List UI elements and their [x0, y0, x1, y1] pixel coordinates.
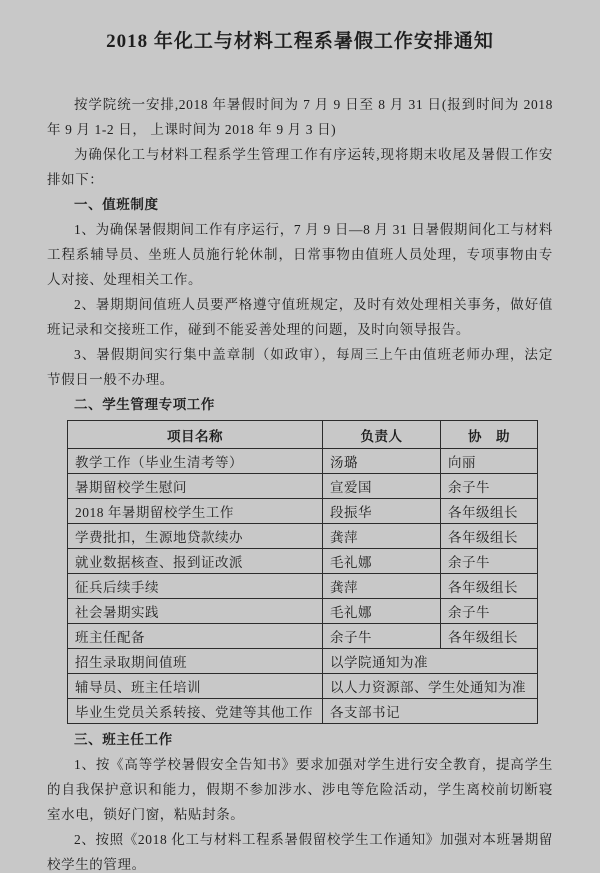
- cell-project: 暑期留校学生慰问: [68, 474, 323, 499]
- cell-project: 征兵后续手续: [68, 574, 323, 599]
- cell-assist: 各年级组长: [441, 624, 538, 649]
- table-row: 社会暑期实践 毛礼娜 余子牛: [68, 599, 538, 624]
- table-row: 教学工作（毕业生清考等） 汤璐 向丽: [68, 449, 538, 474]
- cell-project: 教学工作（毕业生清考等）: [68, 449, 323, 474]
- column-header-lead: 负责人: [323, 421, 441, 449]
- cell-lead: 宣爱国: [323, 474, 441, 499]
- table-row: 征兵后续手续 龚萍 各年级组长: [68, 574, 538, 599]
- table-row: 就业数据核查、报到证改派 毛礼娜 余子牛: [68, 549, 538, 574]
- page-title: 2018 年化工与材料工程系暑假工作安排通知: [47, 28, 553, 56]
- cell-project: 2018 年暑期留校学生工作: [68, 499, 323, 524]
- cell-assist: 余子牛: [441, 549, 538, 574]
- section3-paragraph-2: 2、按照《2018 化工与材料工程系暑假留校学生工作通知》加强对本班暑期留校学生…: [47, 827, 553, 873]
- table-row-merged: 辅导员、班主任培训 以人力资源部、学生处通知为准: [68, 674, 538, 699]
- table-row-merged: 毕业生党员关系转接、党建等其他工作 各支部书记: [68, 699, 538, 724]
- cell-note: 各支部书记: [323, 699, 538, 724]
- section3-paragraph-1: 1、按《高等学校暑假安全告知书》要求加强对学生进行安全教育，提高学生的自我保护意…: [47, 752, 553, 827]
- cell-assist: 各年级组长: [441, 524, 538, 549]
- intro-paragraph-2: 为确保化工与材料工程系学生管理工作有序运转,现将期末收尾及暑假工作安排如下：: [47, 142, 553, 192]
- table-row: 学费批扣，生源地贷款续办 龚萍 各年级组长: [68, 524, 538, 549]
- cell-assist: 各年级组长: [441, 499, 538, 524]
- section3-heading: 三、班主任工作: [47, 727, 553, 752]
- table-row: 班主任配备 余子牛 各年级组长: [68, 624, 538, 649]
- cell-assist: 余子牛: [441, 599, 538, 624]
- table-row-merged: 招生录取期间值班 以学院通知为准: [68, 649, 538, 674]
- intro-paragraph-1: 按学院统一安排,2018 年暑假时间为 7 月 9 日至 8 月 31 日(报到…: [47, 92, 553, 142]
- cell-note: 以学院通知为准: [323, 649, 538, 674]
- section1-heading: 一、值班制度: [47, 192, 553, 217]
- cell-lead: 龚萍: [323, 574, 441, 599]
- table-row: 暑期留校学生慰问 宣爱国 余子牛: [68, 474, 538, 499]
- cell-project: 招生录取期间值班: [68, 649, 323, 674]
- column-header-project: 项目名称: [68, 421, 323, 449]
- section1-paragraph-1: 1、为确保暑假期间工作有序运行，7 月 9 日—8 月 31 日暑假期间化工与材…: [47, 217, 553, 292]
- cell-project: 班主任配备: [68, 624, 323, 649]
- column-header-assist: 协 助: [441, 421, 538, 449]
- section1-paragraph-3: 3、暑假期间实行集中盖章制（如政审），每周三上午由值班老师办理，法定节假日一般不…: [47, 342, 553, 392]
- cell-lead: 余子牛: [323, 624, 441, 649]
- cell-lead: 毛礼娜: [323, 599, 441, 624]
- section2-heading: 二、学生管理专项工作: [47, 392, 553, 417]
- cell-assist: 向丽: [441, 449, 538, 474]
- cell-lead: 龚萍: [323, 524, 441, 549]
- cell-project: 毕业生党员关系转接、党建等其他工作: [68, 699, 323, 724]
- cell-lead: 汤璐: [323, 449, 441, 474]
- section1-paragraph-2: 2、暑期期间值班人员要严格遵守值班规定，及时有效处理相关事务，做好值班记录和交接…: [47, 292, 553, 342]
- cell-lead: 段振华: [323, 499, 441, 524]
- cell-assist: 各年级组长: [441, 574, 538, 599]
- cell-note: 以人力资源部、学生处通知为准: [323, 674, 538, 699]
- cell-project: 就业数据核查、报到证改派: [68, 549, 323, 574]
- table-row: 2018 年暑期留校学生工作 段振华 各年级组长: [68, 499, 538, 524]
- cell-project: 社会暑期实践: [68, 599, 323, 624]
- cell-lead: 毛礼娜: [323, 549, 441, 574]
- student-work-table: 项目名称 负责人 协 助 教学工作（毕业生清考等） 汤璐 向丽 暑期留校学生慰问…: [67, 420, 538, 724]
- cell-project: 辅导员、班主任培训: [68, 674, 323, 699]
- cell-project: 学费批扣，生源地贷款续办: [68, 524, 323, 549]
- cell-assist: 余子牛: [441, 474, 538, 499]
- table-header-row: 项目名称 负责人 协 助: [68, 421, 538, 449]
- document-page: 2018 年化工与材料工程系暑假工作安排通知 按学院统一安排,2018 年暑假时…: [0, 0, 600, 873]
